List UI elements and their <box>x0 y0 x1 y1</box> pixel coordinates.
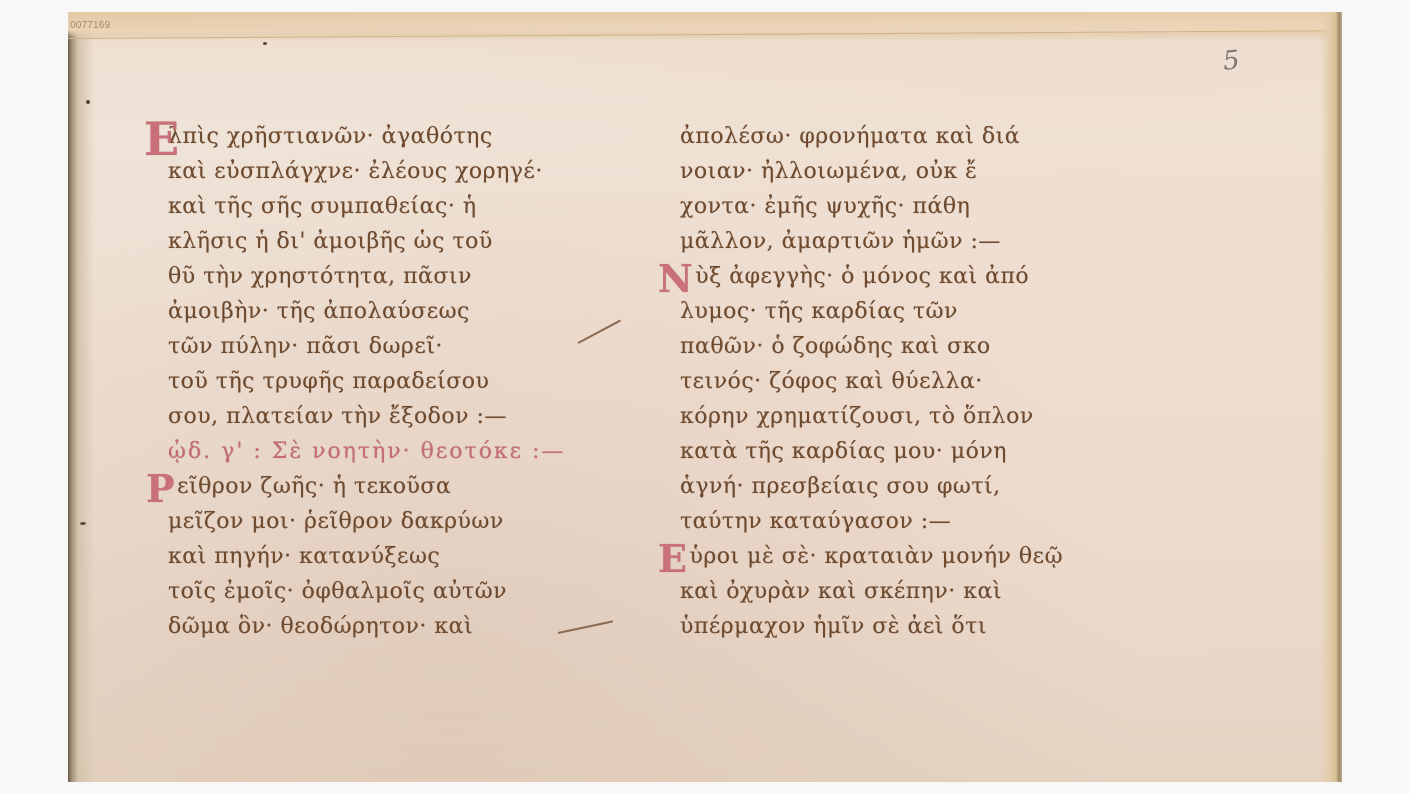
line-text: ἀπολέσω· φρονήματα καὶ διά <box>680 124 1020 149</box>
text-line: κλῆσις ἡ δι' ἀμοιβῆς ὡς τοῦ <box>168 224 638 259</box>
line-text: ταύτην καταύγασον :— <box>680 509 951 534</box>
text-line: δῶμα ὃν· θεοδώρητον· καὶ <box>168 609 638 644</box>
ink-speck <box>86 100 90 104</box>
red-initial: Ν <box>658 259 693 299</box>
line-text: εῖθρον ζωῆς· ἡ τεκοῦσα <box>177 474 451 499</box>
left-text-column: Ε λπὶς χρῆστιανῶν· ἀγαθότης καὶ εὐσπλάγχ… <box>168 119 638 644</box>
shelfmark-label: 0077169 <box>70 20 110 31</box>
line-text: θῦ τὴν χρηστότητα, πᾶσιν <box>168 264 472 289</box>
line-text: τοῖς ἐμοῖς· ὀφθαλμοῖς αὐτῶν <box>168 579 507 604</box>
text-line: καὶ πηγήν· κατανύξεως <box>168 539 638 574</box>
text-line: παθῶν· ὁ ζοφώδης καὶ σκο <box>680 329 1160 364</box>
line-text: σου, πλατείαν τὴν ἔξοδον :— <box>168 404 507 429</box>
line-text: ἁγνή· πρεσβείαις σου φωτί, <box>680 474 1001 499</box>
line-text: μεῖζον μοι· ῥεῖθρον δακρύων <box>168 509 504 534</box>
text-line: καὶ ὀχυρὰν καὶ σκέπην· καὶ <box>680 574 1160 609</box>
text-line: χοντα· ἐμῆς ψυχῆς· πάθη <box>680 189 1160 224</box>
text-line: τῶν πύλην· πᾶσι δωρεῖ· <box>168 329 638 364</box>
line-text: τῶν πύλην· πᾶσι δωρεῖ· <box>168 334 443 359</box>
right-text-column: ἀπολέσω· φρονήματα καὶ διά νοιαν· ἠλλοιω… <box>680 119 1160 644</box>
text-line: καὶ εὐσπλάγχνε· ἐλέους χορηγέ· <box>168 154 638 189</box>
line-text: παθῶν· ὁ ζοφώδης καὶ σκο <box>680 334 991 359</box>
line-text: ὑροι μὲ σὲ· κραταιὰν μονήν θεῷ <box>689 544 1063 569</box>
text-line: μεῖζον μοι· ῥεῖθρον δακρύων <box>168 504 638 539</box>
folio-number: 5 <box>1221 45 1241 77</box>
line-text: κατὰ τῆς καρδίας μου· μόνη <box>680 439 1007 464</box>
ink-speck <box>80 522 86 525</box>
text-line: τοῦ τῆς τρυφῆς παραδείσου <box>168 364 638 399</box>
manuscript-folio-image: 0077169 5 Ε λπὶς χρῆστιανῶν· ἀγαθότης κα… <box>68 12 1342 782</box>
rubric-text: ᾠδ. γ' : Σὲ νοητὴν· θεοτόκε :— <box>168 439 566 464</box>
line-text: μᾶλλον, ἀμαρτιῶν ἡμῶν :— <box>680 229 1001 254</box>
line-text: κλῆσις ἡ δι' ἀμοιβῆς ὡς τοῦ <box>168 229 493 254</box>
line-text: ὺξ ἀφεγγὴς· ὁ μόνος καὶ ἀπό <box>695 264 1029 289</box>
line-text: ἀμοιβὴν· τῆς ἀπολαύσεως <box>168 299 470 324</box>
text-line: ἀμοιβὴν· τῆς ἀπολαύσεως <box>168 294 638 329</box>
text-line: Νὺξ ἀφεγγὴς· ὁ μόνος καὶ ἀπό <box>680 259 1160 294</box>
line-text: νοιαν· ἠλλοιωμένα, οὐκ ἔ <box>680 159 977 184</box>
line-text: κόρην χρηματίζουσι, τὸ ὅπλον <box>680 404 1034 429</box>
folio-top-edge <box>68 12 1342 39</box>
rubric-heading-line: ᾠδ. γ' : Σὲ νοητὴν· θεοτόκε :— <box>168 434 638 469</box>
line-text: καὶ εὐσπλάγχνε· ἐλέους χορηγέ· <box>168 159 543 184</box>
text-line: θῦ τὴν χρηστότητα, πᾶσιν <box>168 259 638 294</box>
line-text: χοντα· ἐμῆς ψυχῆς· πάθη <box>680 194 970 219</box>
text-line: Εὑροι μὲ σὲ· κραταιὰν μονήν θεῷ <box>680 539 1160 574</box>
text-line: νοιαν· ἠλλοιωμένα, οὐκ ἔ <box>680 154 1160 189</box>
line-text: λυμος· τῆς καρδίας τῶν <box>680 299 958 324</box>
text-line: τεινός· ζόφος καὶ θύελλα· <box>680 364 1160 399</box>
text-line: λυμος· τῆς καρδίας τῶν <box>680 294 1160 329</box>
line-text: δῶμα ὃν· θεοδώρητον· καὶ <box>168 614 473 639</box>
line-text: καὶ πηγήν· κατανύξεως <box>168 544 440 569</box>
line-text: καὶ ὀχυρὰν καὶ σκέπην· καὶ <box>680 579 1002 604</box>
text-line: κόρην χρηματίζουσι, τὸ ὅπλον <box>680 399 1160 434</box>
red-initial: Ε <box>658 539 687 579</box>
line-text: τοῦ τῆς τρυφῆς παραδείσου <box>168 369 489 394</box>
line-text: λπὶς χρῆστιανῶν· ἀγαθότης <box>168 124 493 149</box>
text-line: ταύτην καταύγασον :— <box>680 504 1160 539</box>
red-initial: Ρ <box>146 469 175 509</box>
text-line: μᾶλλον, ἀμαρτιῶν ἡμῶν :— <box>680 224 1160 259</box>
line-text: τεινός· ζόφος καὶ θύελλα· <box>680 369 983 394</box>
text-line: ἁγνή· πρεσβείαις σου φωτί, <box>680 469 1160 504</box>
text-line: καὶ τῆς σῆς συμπαθείας· ἡ <box>168 189 638 224</box>
text-line: σου, πλατείαν τὴν ἔξοδον :— <box>168 399 638 434</box>
ink-speck <box>263 42 267 45</box>
text-line: κατὰ τῆς καρδίας μου· μόνη <box>680 434 1160 469</box>
line-text: καὶ τῆς σῆς συμπαθείας· ἡ <box>168 194 477 219</box>
text-line: Ρεῖθρον ζωῆς· ἡ τεκοῦσα <box>168 469 638 504</box>
text-line: ὑπέρμαχον ἡμῖν σὲ ἀεὶ ὅτι <box>680 609 1160 644</box>
line-text: ὑπέρμαχον ἡμῖν σὲ ἀεὶ ὅτι <box>680 614 987 639</box>
text-line: Ε λπὶς χρῆστιανῶν· ἀγαθότης <box>168 119 638 154</box>
image-viewer: 0077169 5 Ε λπὶς χρῆστιανῶν· ἀγαθότης κα… <box>0 0 1410 793</box>
red-initial: Ε <box>144 119 180 159</box>
text-line: τοῖς ἐμοῖς· ὀφθαλμοῖς αὐτῶν <box>168 574 638 609</box>
text-line: ἀπολέσω· φρονήματα καὶ διά <box>680 119 1160 154</box>
